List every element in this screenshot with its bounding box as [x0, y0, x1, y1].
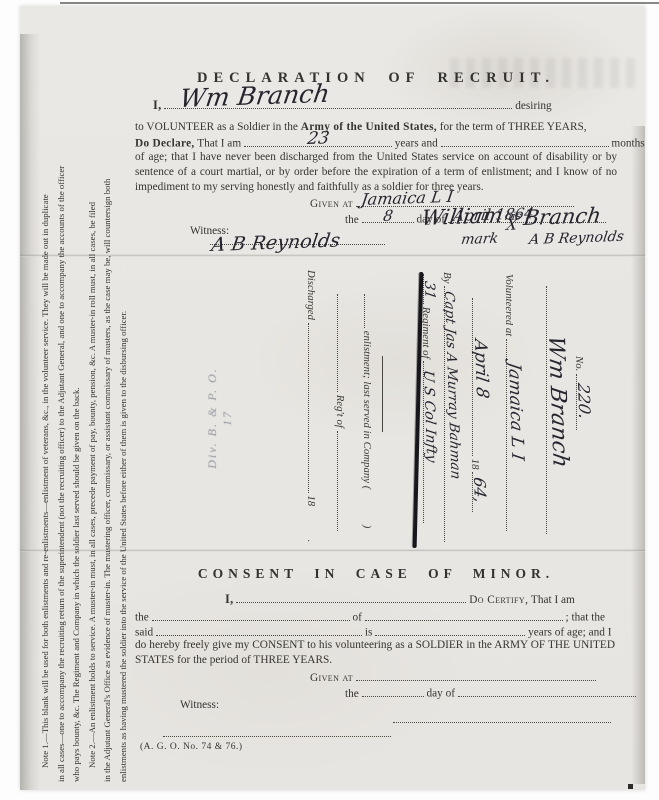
day-handwritten: 8 — [382, 206, 394, 224]
received-stamp-rotated: Div. B. & P. O. 17 — [205, 292, 263, 544]
consent-body: do hereby freely give my CONSENT to his … — [135, 638, 615, 668]
margin-note-line: enlistments as having mustered the soldi… — [116, 52, 132, 782]
declaration-line-2: to VOLUNTEER as a Soldier in the Army of… — [135, 121, 617, 133]
margin-note-line: who pays bounty, &c. The Regiment and Co… — [69, 52, 85, 782]
relationship-blank — [152, 610, 350, 621]
scan-edge-line — [60, 2, 659, 4]
stamp-line-1: Div. B. & P. O. — [205, 292, 220, 544]
age-handwritten: 23 — [306, 128, 331, 149]
printed-no-label: No. — [573, 356, 585, 371]
docket-number-blank: 220. — [576, 374, 586, 430]
printed-consent-witness: Witness: — [180, 699, 219, 711]
name-blank: Wm Branch — [164, 98, 512, 109]
printed-do-certify: Do Certify, — [469, 594, 528, 606]
printed-18: 18 — [469, 459, 481, 470]
witness-signature-line: A B Reynolds — [135, 234, 385, 254]
margin-note-line: in the Adjutant General's Office as evid… — [100, 52, 116, 782]
enlistment-blank — [364, 294, 374, 328]
declaration-body: of age; that I have never been discharge… — [135, 150, 617, 194]
printed-paren-close: ) — [361, 525, 373, 529]
docket-date-line: April 8 18 64, — [469, 268, 482, 552]
docket-discharged-line: Discharged 18 . — [305, 268, 318, 552]
docket-by-blank: Capt Jas A Murray Bahman — [444, 286, 454, 542]
ink-speck — [628, 784, 633, 789]
consent-witness-line: Witness: — [135, 699, 219, 711]
consent-given-line: Given at — [135, 670, 617, 684]
printed-volunteer-pre: to VOLUNTEER as a Soldier in the — [135, 121, 298, 133]
consent-line-1: I, Do Certify, That I am — [135, 592, 617, 607]
company-gap — [364, 492, 365, 522]
consent-date-line: the day of — [135, 686, 617, 700]
mark-witness-signature: A B Reynolds — [528, 229, 625, 248]
consent-title: CONSENT IN CASE OF MINOR. — [135, 566, 617, 582]
printed-volunteered-at: Volunteered at — [503, 274, 515, 336]
printed-regt-of: Reg't of — [334, 395, 346, 428]
said-name-blank — [156, 625, 362, 636]
printed-consent-the: the — [135, 612, 149, 624]
printed-consent-given-at: Given at — [310, 672, 353, 684]
stamp-line-2: 17 — [220, 292, 235, 544]
printed-i: I, — [153, 98, 162, 112]
printed-years-of-age: years of age; and I — [528, 627, 611, 639]
minor-name-blank — [365, 610, 563, 621]
printed-enlistment: enlistment; last served in Company ( — [361, 331, 373, 490]
printed-given-at: Given at — [310, 198, 353, 210]
docket-by-line: By Capt Jas A Murray Bahman — [441, 268, 454, 552]
consent-sig-blank-right — [135, 712, 617, 726]
docket-rotated: No. 220. Wm Branch Volunteered at Jamaic… — [298, 268, 638, 552]
docket-name-handwritten: Wm Branch — [543, 334, 573, 469]
document-page: { "document": { "footer_code": "(A. G. O… — [0, 0, 659, 800]
witness-signature: A B Reynolds — [210, 230, 342, 256]
signature-branch: Branch — [522, 203, 603, 230]
mark-attestation-line: mark A B Reynolds — [460, 232, 622, 248]
age-months-blank — [441, 136, 609, 147]
docket-regiment-handwritten: U S Col Infty — [420, 369, 439, 463]
docket-regiment-number-handwritten: 31 — [421, 280, 438, 300]
printed-the: the — [345, 214, 359, 226]
consent-place-blank — [356, 670, 596, 681]
docket-endorsement-block: No. 220. Wm Branch Volunteered at Jamaic… — [296, 268, 640, 552]
docket-name-line: Wm Branch — [543, 268, 556, 552]
mark-label: mark — [460, 231, 499, 248]
docket-date-blank: April 8 — [472, 298, 482, 456]
docket-volunteered-line: Volunteered at Jamaica L I — [503, 268, 516, 552]
received-stamp: Div. B. & P. O. 17 — [205, 292, 263, 544]
margin-note-line: Note 2.—An enlistment holds to service. … — [85, 52, 101, 782]
parent-signature-blank — [393, 712, 611, 723]
declaration-line-1: I, Wm Branch desiring — [135, 98, 617, 113]
docket-regiment-number-blank: 31 — [423, 274, 433, 304]
witness-signature-blank: A B Reynolds — [210, 234, 385, 245]
consent-day-blank — [362, 686, 424, 697]
docket-separator-line — [379, 268, 392, 552]
witness-signature-blank-2 — [163, 726, 391, 737]
paper-left-edge-shadow — [20, 34, 40, 790]
regt-blank-2 — [337, 431, 347, 531]
separator-rule — [382, 356, 392, 432]
docket-number-line: No. 220. — [573, 268, 586, 552]
recruit-name-signature: Wm Branch — [178, 79, 332, 113]
discharged-blank — [308, 323, 318, 493]
printed-discharged: Discharged — [305, 270, 317, 320]
docket-enlistment-line: enlistment; last served in Company ( ) — [361, 268, 374, 552]
age-years-blank: 23 — [244, 136, 392, 147]
docket-place-handwritten: Jamaica L I — [504, 361, 527, 461]
recruit-mark-signature: William his X Branch — [420, 206, 599, 230]
declaration-line-3: Do Declare, That I am 23 years and month… — [135, 136, 617, 150]
regt-blank-1 — [337, 294, 347, 392]
consent-name-blank — [236, 592, 466, 603]
signature-william: William — [420, 203, 504, 230]
discharged-gap — [308, 509, 309, 537]
printed-is: is — [365, 627, 373, 639]
docket-year-handwritten: 64, — [470, 476, 490, 504]
printed-consent-of: of — [352, 612, 361, 624]
docket-name-blank: Wm Branch — [546, 286, 556, 534]
consent-sig-blank-left — [135, 726, 617, 740]
printed-months: months — [611, 138, 644, 150]
printed-discharged-18: 18 — [305, 495, 317, 506]
docket-date-handwritten: April 8 — [470, 338, 492, 400]
margin-note-line: Note 1.—This blank will be used for both… — [38, 52, 54, 782]
docket-number-handwritten: 220. — [574, 382, 594, 421]
consent-i: I, — [225, 592, 234, 606]
his-mark-x: his X — [503, 211, 522, 230]
margin-notes-rotated: Note 1.—This blank will be used for both… — [38, 52, 134, 782]
docket-regt-line: Reg't of — [334, 268, 347, 552]
docket-place-blank: Jamaica L I — [506, 339, 516, 531]
margin-note-line: in all cases—one to accompany the recrui… — [54, 52, 70, 782]
printed-years-and: years and — [395, 138, 438, 150]
printed-by: By — [441, 272, 453, 283]
printed-consent-the2: the — [345, 688, 359, 700]
printed-do-declare: Do Declare, — [135, 138, 195, 150]
docket-year-blank: 64, — [472, 472, 482, 512]
consent-month-blank — [458, 686, 636, 697]
printed-that-i-am: That I am — [197, 138, 241, 150]
minor-age-blank — [375, 625, 525, 636]
docket-regiment-blank: U S Col Infty — [423, 361, 433, 523]
printed-said: said — [135, 627, 153, 639]
printed-that-the: ; that the — [566, 612, 606, 624]
printed-period: . — [305, 540, 317, 543]
printed-consent-day-of: day of — [426, 688, 455, 700]
day-blank: 8 — [362, 212, 414, 223]
consent-line-3: said is years of age; and I — [135, 625, 617, 639]
margin-notes-block: Note 1.—This blank will be used for both… — [38, 52, 134, 782]
consent-line-2: the of ; that the — [135, 610, 617, 624]
form-number-footer: (A. G. O. No. 74 & 76.) — [140, 742, 243, 752]
printed-desiring: desiring — [515, 100, 551, 112]
printed-consent-that-i-am: That I am — [531, 594, 575, 606]
docket-officer-handwritten: Capt Jas A Murray Bahman — [441, 290, 464, 480]
scanned-form-paper: Note 1.—This blank will be used for both… — [20, 6, 645, 790]
printed-volunteer-post: for the term of THREE YEARS, — [440, 121, 587, 133]
